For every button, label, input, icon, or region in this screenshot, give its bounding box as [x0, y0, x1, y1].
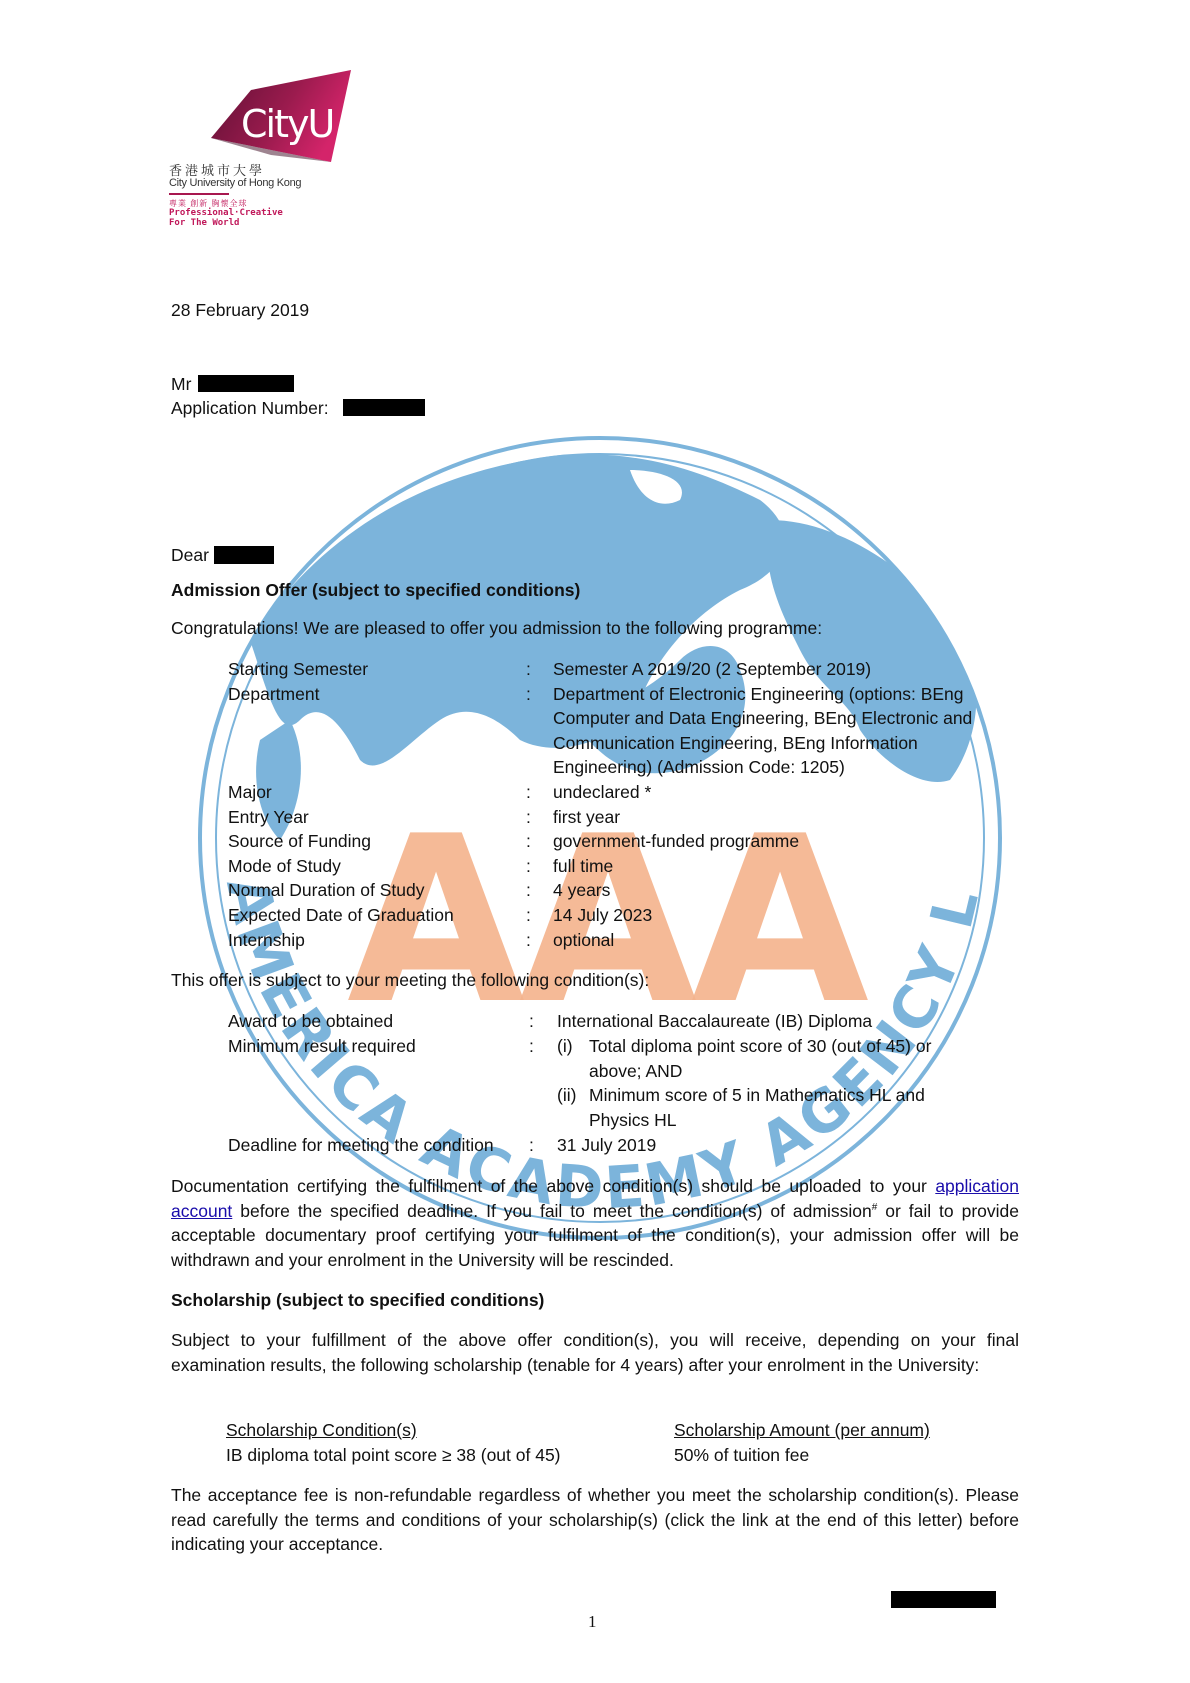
programme-value: optional — [553, 928, 614, 953]
min-item-1-line-1: Total diploma point score of 30 (out of … — [589, 1034, 931, 1059]
logo-rule — [169, 193, 229, 195]
programme-value: 14 July 2023 — [553, 903, 652, 928]
programme-value: undeclared * — [553, 780, 651, 805]
award-value: International Baccalaureate (IB) Diploma — [557, 1009, 872, 1034]
scholarship-col-amount-header: Scholarship Amount (per annum) — [674, 1418, 930, 1443]
documentation-text-1: Documentation certifying the fulfillment… — [171, 1176, 927, 1196]
programme-label: Entry Year — [228, 805, 309, 830]
logo-brand-text: CityU — [241, 102, 333, 146]
programme-label: Starting Semester — [228, 657, 368, 682]
congratulations-text: Congratulations! We are pleased to offer… — [171, 616, 822, 641]
programme-label: Major — [228, 780, 272, 805]
deadline-colon: : — [529, 1133, 534, 1158]
scholarship-heading: Scholarship (subject to specified condit… — [171, 1288, 544, 1313]
acceptance-note: The acceptance fee is non-refundable reg… — [171, 1483, 1019, 1557]
programme-value: full time — [553, 854, 613, 879]
letter-page: CityU 香港城市大學 City University of Hong Kon… — [0, 0, 1190, 1683]
scholarship-intro: Subject to your fulfillment of the above… — [171, 1328, 1019, 1377]
programme-colon: : — [526, 903, 531, 928]
programme-value: Semester A 2019/20 (2 September 2019) — [553, 657, 871, 682]
min-item-1-line-2: above; AND — [589, 1059, 682, 1084]
min-item-2-line-1: Minimum score of 5 in Mathematics HL and — [589, 1083, 925, 1108]
redacted-greeting-name — [214, 546, 274, 564]
programme-colon: : — [526, 657, 531, 682]
min-item-2-line-2: Physics HL — [589, 1108, 677, 1133]
logo-tagline-2: For The World — [169, 218, 239, 228]
redacted-footer — [891, 1591, 996, 1608]
programme-value: government-funded programme — [553, 829, 799, 854]
scholarship-amount-cell: 50% of tuition fee — [674, 1443, 809, 1468]
programme-colon: : — [526, 780, 531, 805]
logo-tagline-1: Professional·Creative — [169, 208, 283, 218]
deadline-label: Deadline for meeting the condition — [228, 1133, 494, 1158]
min-result-label: Minimum result required — [228, 1034, 416, 1059]
programme-label: Expected Date of Graduation — [228, 903, 454, 928]
greeting: Dear — [171, 543, 209, 568]
min-item-1-marker: (i) — [557, 1034, 573, 1059]
redacted-application-number — [343, 399, 425, 416]
programme-colon: : — [526, 682, 531, 707]
scholarship-condition-cell: IB diploma total point score ≥ 38 (out o… — [226, 1443, 561, 1468]
redacted-name — [198, 375, 294, 392]
documentation-paragraph: Documentation certifying the fulfillment… — [171, 1174, 1019, 1273]
award-label: Award to be obtained — [228, 1009, 393, 1034]
offer-heading: Admission Offer (subject to specified co… — [171, 578, 580, 603]
scholarship-col-condition-header: Scholarship Condition(s) — [226, 1418, 417, 1443]
cityu-logo: CityU 香港城市大學 City University of Hong Kon… — [163, 70, 363, 220]
programme-colon: : — [526, 829, 531, 854]
programme-value: Engineering) (Admission Code: 1205) — [553, 755, 845, 780]
min-result-colon: : — [529, 1034, 534, 1059]
programme-label: Source of Funding — [228, 829, 371, 854]
programme-value: Communication Engineering, BEng Informat… — [553, 731, 918, 756]
programme-colon: : — [526, 805, 531, 830]
programme-label: Internship — [228, 928, 305, 953]
documentation-text-2: before the specified deadline. If you fa… — [232, 1201, 871, 1221]
letter-date: 28 February 2019 — [171, 298, 309, 323]
min-item-2-marker: (ii) — [557, 1083, 576, 1108]
programme-colon: : — [526, 878, 531, 903]
award-colon: : — [529, 1009, 534, 1034]
application-number-label: Application Number: — [171, 396, 329, 421]
programme-value: 4 years — [553, 878, 610, 903]
programme-label: Normal Duration of Study — [228, 878, 424, 903]
programme-colon: : — [526, 854, 531, 879]
programme-value: first year — [553, 805, 620, 830]
programme-value: Department of Electronic Engineering (op… — [553, 682, 964, 707]
addressee-title: Mr — [171, 372, 191, 397]
programme-value: Computer and Data Engineering, BEng Elec… — [553, 706, 972, 731]
programme-colon: : — [526, 928, 531, 953]
programme-label: Mode of Study — [228, 854, 341, 879]
logo-english-name: City University of Hong Kong — [169, 177, 301, 189]
conditions-intro: This offer is subject to your meeting th… — [171, 968, 649, 993]
page-number: 1 — [588, 1612, 597, 1632]
deadline-value: 31 July 2019 — [557, 1133, 656, 1158]
programme-label: Department — [228, 682, 319, 707]
